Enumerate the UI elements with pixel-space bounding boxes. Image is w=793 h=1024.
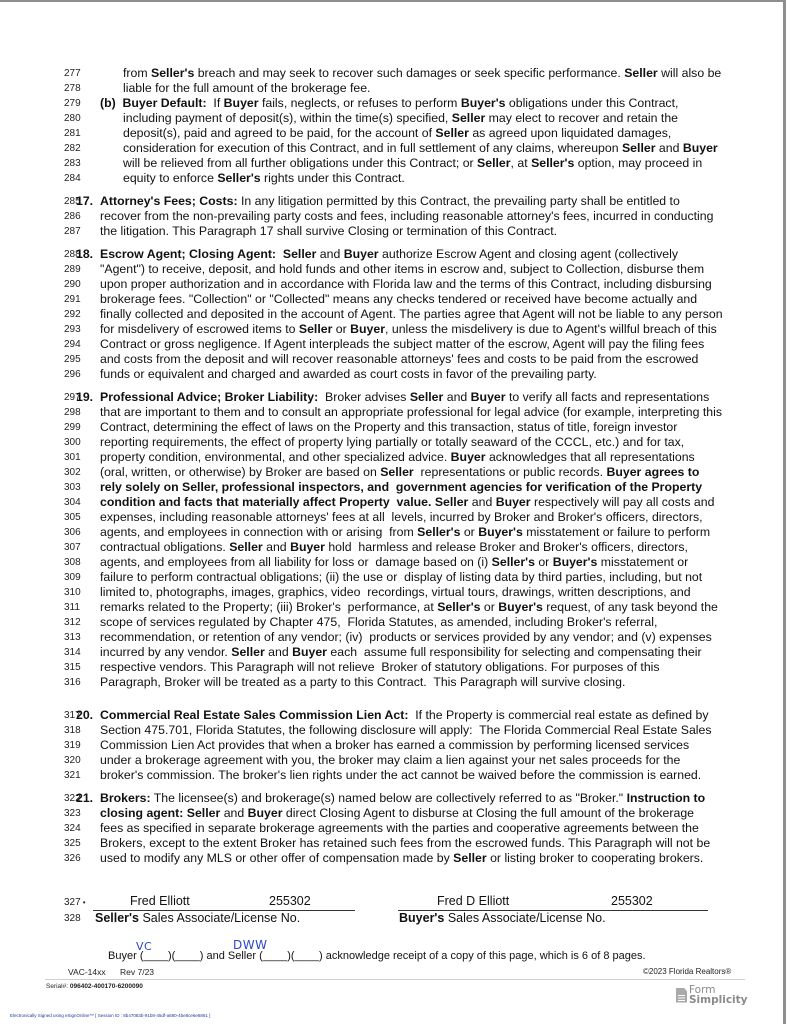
line-number: 298: [64, 405, 94, 420]
line-number: 311: [64, 600, 94, 615]
line-text: Attorney's Fees; Costs: In any litigatio…: [100, 194, 680, 209]
line-text: and costs from the deposit and will reco…: [100, 352, 698, 367]
line-number: 326: [64, 851, 94, 866]
line-text: brokerage fees. "Collection" or "Collect…: [100, 292, 697, 307]
section-number: 17.: [76, 194, 93, 209]
line-number: 277: [64, 66, 94, 81]
line-number: 299: [64, 420, 94, 435]
line-number: 307: [64, 540, 94, 555]
line-number: 306: [64, 525, 94, 540]
line-number: 315: [64, 660, 94, 675]
line-text: reporting requirements, the effect of pr…: [100, 435, 684, 450]
line-number: 296: [64, 367, 94, 382]
line-number: 327•: [64, 895, 94, 910]
line-text: agents, and employees from all liability…: [100, 555, 688, 570]
line-text: condition and facts that materially affe…: [100, 495, 714, 510]
line-text: failure to perform contractual obligatio…: [100, 570, 702, 585]
line-number: 279: [64, 96, 94, 111]
line-text: recommendation, or retention of any vend…: [100, 630, 712, 645]
line-number: 312: [64, 615, 94, 630]
line-number: 318: [64, 723, 94, 738]
line-number: 290: [64, 277, 94, 292]
line-text: finally collected and deposited in the a…: [100, 307, 723, 322]
line-number: 323: [64, 806, 94, 821]
buyer-associate-license[interactable]: 255302: [611, 894, 653, 908]
line-text: contractual obligations. Seller and Buye…: [100, 540, 688, 555]
line-number: 301: [64, 450, 94, 465]
line-number: 314: [64, 645, 94, 660]
line-text: under a brokerage agreement with you, th…: [100, 753, 680, 768]
line-text: respective vendors. This Paragraph will …: [100, 660, 660, 675]
line-text: deposit(s), paid and agreed to be paid, …: [123, 126, 671, 141]
line-number: 304: [64, 495, 94, 510]
line-text: funds or equivalent and charged and awar…: [100, 367, 597, 382]
line-number: 291: [64, 292, 94, 307]
line-text: liable for the full amount of the broker…: [123, 81, 370, 96]
line-text: agents, and employees in connection with…: [100, 525, 710, 540]
line-text: Brokers: The licensee(s) and brokerage(s…: [100, 791, 705, 806]
line-text: that are important to them and to consul…: [100, 405, 722, 420]
line-number: 300: [64, 435, 94, 450]
line-text: property condition, environmental, and o…: [100, 450, 695, 465]
line-text: Contract, determining the effect of laws…: [100, 420, 677, 435]
esign-notice: Electronically Signed using eSignOnline™…: [10, 1013, 210, 1018]
form-simplicity-logo: Form Simplicity: [676, 985, 748, 1005]
line-text: recover from the non-prevailing party co…: [100, 209, 713, 224]
line-number: 325: [64, 836, 94, 851]
line-text: "Agent") to receive, deposit, and hold f…: [100, 262, 704, 277]
buyer-associate-name[interactable]: Fred D Elliott: [437, 894, 509, 908]
line-number: 308: [64, 555, 94, 570]
line-text: equity to enforce Seller's rights under …: [123, 171, 405, 186]
line-text: limited to, photographs, images, graphic…: [100, 585, 691, 600]
section-number: 19.: [76, 390, 93, 405]
line-text: consideration for execution of this Cont…: [123, 141, 718, 156]
line-number: 316: [64, 675, 94, 690]
seller-associate-license[interactable]: 255302: [269, 894, 311, 908]
form-id: VAC-14xx: [68, 967, 106, 977]
line-text: broker's commission. The broker's lien r…: [100, 768, 701, 783]
line-number: 313: [64, 630, 94, 645]
line-number: 281: [64, 126, 94, 141]
seller-initials-2-field[interactable]: (____): [291, 950, 323, 962]
line-text: Contract or gross negligence. If Agent i…: [100, 337, 704, 352]
line-text: incurred by any vendor. Seller and Buyer…: [100, 645, 702, 660]
acknowledgment-line: Buyer (____)(____) and Seller (____)(___…: [108, 950, 646, 962]
section-number: 21.: [76, 791, 93, 806]
copyright: ©2023 Florida Realtors®: [643, 967, 731, 976]
line-text: rely solely on Seller, professional insp…: [100, 480, 702, 495]
form-revision: Rev 7/23: [120, 967, 154, 977]
document-icon: [676, 988, 687, 1003]
line-number: 303: [64, 480, 94, 495]
line-number: 302: [64, 465, 94, 480]
line-text: Section 475.701, Florida Statutes, the f…: [100, 723, 712, 738]
section-number: 20.: [76, 708, 93, 723]
seller-handwritten-initials: DWW: [233, 938, 267, 952]
line-number: 328: [64, 911, 94, 926]
seller-associate-label: Seller's Sales Associate/License No.: [95, 911, 300, 925]
buyer-associate-label: Buyer's Sales Associate/License No.: [399, 911, 606, 925]
line-text: will be relieved from all further obliga…: [123, 156, 702, 171]
line-text: Commercial Real Estate Sales Commission …: [100, 708, 708, 723]
line-number: 292: [64, 307, 94, 322]
line-text: Paragraph, Broker will be treated as a p…: [100, 675, 625, 690]
line-number: 289: [64, 262, 94, 277]
section-number: 18.: [76, 247, 93, 262]
line-number: 282: [64, 141, 94, 156]
line-number: 324: [64, 821, 94, 836]
line-number: 280: [64, 111, 94, 126]
line-number: 286: [64, 209, 94, 224]
line-text: from Seller's breach and may seek to rec…: [123, 66, 721, 81]
line-text: scope of services regulated by Chapter 4…: [100, 615, 657, 630]
line-text: (b) Buyer Default: If Buyer fails, negle…: [100, 96, 678, 111]
line-text: (oral, written, or otherwise) by Broker …: [100, 465, 699, 480]
line-text: Professional Advice; Broker Liability: B…: [100, 390, 709, 405]
serial-number: Serial#: 096402-400170-6200090: [46, 983, 143, 990]
line-text: Brokers, except to the extent Broker has…: [100, 836, 710, 851]
line-number: 283: [64, 156, 94, 171]
line-number: 310: [64, 585, 94, 600]
line-number: 287: [64, 224, 94, 239]
footer-divider: [45, 979, 745, 980]
line-text: including payment of deposit(s), within …: [123, 111, 678, 126]
line-text: remarks related to the Property; (iii) B…: [100, 600, 718, 615]
line-text: upon proper authorization and in accorda…: [100, 277, 712, 292]
line-text: expenses, including reasonable attorneys…: [100, 510, 703, 525]
line-text: Commission Lien Act provides that when a…: [100, 738, 689, 753]
line-number: 284: [64, 171, 94, 186]
line-text: Escrow Agent; Closing Agent: Seller and …: [100, 247, 678, 262]
line-text: for misdelivery of escrowed items to Sel…: [100, 322, 717, 337]
line-text: fees as specified in separate brokerage …: [100, 821, 699, 836]
line-number: 295: [64, 352, 94, 367]
buyer-initials-2-field[interactable]: (____): [172, 950, 204, 962]
line-text: closing agent: Seller and Buyer direct C…: [100, 806, 694, 821]
line-number: 294: [64, 337, 94, 352]
line-number: 319: [64, 738, 94, 753]
line-number: 320: [64, 753, 94, 768]
line-text: used to modify any MLS or other offer of…: [100, 851, 703, 866]
line-number: 278: [64, 81, 94, 96]
line-number: 293: [64, 322, 94, 337]
line-number: 305: [64, 510, 94, 525]
line-text: the litigation. This Paragraph 17 shall …: [100, 224, 557, 239]
buyer-handwritten-initials: VC: [136, 940, 152, 953]
seller-associate-name[interactable]: Fred Elliott: [130, 894, 190, 908]
line-number: 309: [64, 570, 94, 585]
line-number: 321: [64, 768, 94, 783]
